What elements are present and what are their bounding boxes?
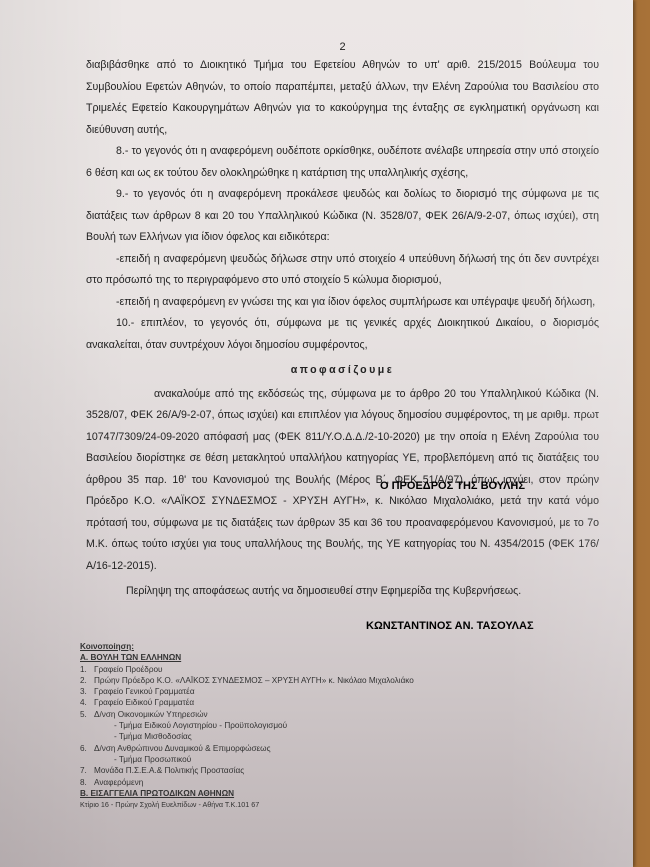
distribution-section-b: Β. ΕΙΣΑΓΓΕΛΙΑ ΠΡΩΤΟΔΙΚΩΝ ΑΘΗΝΩΝ (80, 788, 520, 799)
distribution-item-text: Δ/νση Οικονομικών Υπηρεσιών (94, 709, 208, 720)
page-number: 2 (86, 40, 599, 54)
paragraph-10: 10.- επιπλέον, το γεγονός ότι, σύμφωνα μ… (86, 313, 599, 356)
paragraph-9b: -επειδή η αναφερόμενη εν γνώσει της και … (86, 292, 599, 314)
distribution-section-a: Α. ΒΟΥΛΗ ΤΩΝ ΕΛΛΗΝΩΝ (80, 652, 520, 663)
distribution-item-text: Γραφείο Γενικού Γραμματέα (94, 686, 195, 697)
distribution-item-number: 4. (80, 697, 94, 708)
document-body: 2 διαβιβάσθηκε από το Διοικητικό Τμήμα τ… (86, 40, 599, 603)
distribution-item-text: - Τμήμα Προσωπικού (114, 754, 191, 765)
distribution-item-number: 7. (80, 765, 94, 776)
distribution-label: Κοινοποίηση: (80, 641, 520, 652)
distribution-item: - Τμήμα Προσωπικού (80, 754, 520, 765)
distribution-item-number: 6. (80, 743, 94, 754)
summary-text: Περίληψη της αποφάσεως αυτής να δημοσιευ… (86, 581, 599, 603)
paragraph-8: 8.- το γεγονός ότι η αναφερόμενη ουδέποτ… (86, 141, 599, 184)
distribution-item: 1.Γραφείο Προέδρου (80, 664, 520, 675)
distribution-item: 2.Πρώην Πρόεδρο Κ.Ο. «ΛΑΪΚΟΣ ΣΥΝΔΕΣΜΟΣ –… (80, 675, 520, 686)
distribution-item-number: 5. (80, 709, 94, 720)
distribution-item-number: 1. (80, 664, 94, 675)
distribution-item: 7.Μονάδα Π.Σ.Ε.Α.& Πολιτικής Προστασίας (80, 765, 520, 776)
distribution-items: 1.Γραφείο Προέδρου2.Πρώην Πρόεδρο Κ.Ο. «… (80, 664, 520, 788)
distribution-item-number: 2. (80, 675, 94, 686)
distribution-item: 8.Αναφερόμενη (80, 777, 520, 788)
distribution-item-text: Αναφερόμενη (94, 777, 143, 788)
distribution-item-text: Γραφείο Ειδικού Γραμματέα (94, 697, 194, 708)
signature-name: ΚΩΝΣΤΑΝΤΙΝΟΣ ΑΝ. ΤΑΣΟΥΛΑΣ (366, 620, 534, 632)
distribution-item-text: Δ/νση Ανθρώπινου Δυναμικού & Επιμορφώσεω… (94, 743, 271, 754)
signature-title: Ο ΠΡΟΕΔΡΟΣ ΤΗΣ ΒΟΥΛΗΣ (380, 480, 525, 492)
distribution-item-text: Γραφείο Προέδρου (94, 664, 163, 675)
paragraph-continuation: διαβιβάσθηκε από το Διοικητικό Τμήμα του… (86, 55, 599, 141)
distribution-item-text: - Τμήμα Μισθοδοσίας (114, 731, 192, 742)
document-page: 2 διαβιβάσθηκε από το Διοικητικό Τμήμα τ… (0, 0, 633, 867)
distribution-item: - Τμήμα Ειδικού Λογιστηρίου - Προϋπολογι… (80, 720, 520, 731)
distribution-item: 5.Δ/νση Οικονομικών Υπηρεσιών (80, 709, 520, 720)
distribution-item: 4.Γραφείο Ειδικού Γραμματέα (80, 697, 520, 708)
paragraph-9a: -επειδή η αναφερόμενη ψευδώς δήλωσε στην… (86, 249, 599, 292)
distribution-item-number: 3. (80, 686, 94, 697)
distribution-item-number: 8. (80, 777, 94, 788)
decision-heading: αποφασίζουμε (86, 360, 599, 382)
distribution-item: 3.Γραφείο Γενικού Γραμματέα (80, 686, 520, 697)
distribution-address: Κτίριο 16 - Πρώην Σχολή Ευελπίδων - Αθήν… (80, 799, 520, 810)
distribution-list: Κοινοποίηση: Α. ΒΟΥΛΗ ΤΩΝ ΕΛΛΗΝΩΝ 1.Γραφ… (80, 641, 520, 810)
distribution-item-text: - Τμήμα Ειδικού Λογιστηρίου - Προϋπολογι… (114, 720, 287, 731)
distribution-item-text: Πρώην Πρόεδρο Κ.Ο. «ΛΑΪΚΟΣ ΣΥΝΔΕΣΜΟΣ – Χ… (94, 675, 414, 686)
distribution-item-text: Μονάδα Π.Σ.Ε.Α.& Πολιτικής Προστασίας (94, 765, 244, 776)
paragraph-9: 9.- το γεγονός ότι η αναφερόμενη προκάλε… (86, 184, 599, 249)
distribution-item: - Τμήμα Μισθοδοσίας (80, 731, 520, 742)
distribution-item: 6.Δ/νση Ανθρώπινου Δυναμικού & Επιμορφώσ… (80, 743, 520, 754)
